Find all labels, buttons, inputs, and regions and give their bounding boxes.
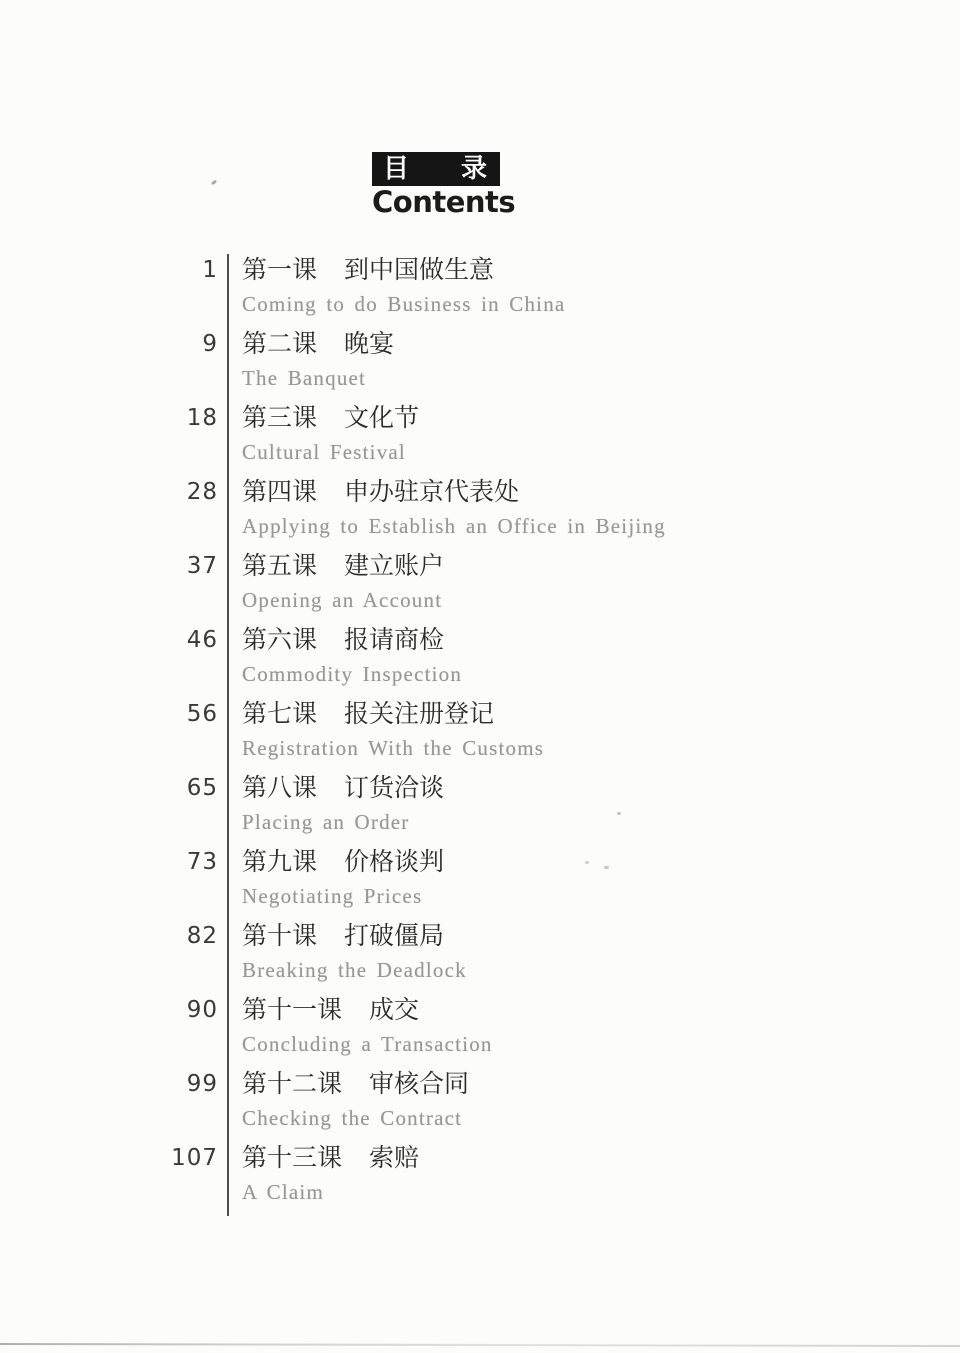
entry-chinese-line: 第六课报请商检 xyxy=(242,624,462,656)
entry-lesson-label: 第六课 xyxy=(242,625,317,654)
entry-subtitle-english: Registration With the Customs xyxy=(242,735,544,761)
entry-page-number: 18 xyxy=(0,402,227,434)
entry-lesson-title: 报请商检 xyxy=(344,625,444,654)
entry-chinese-line: 第四课申办驻京代表处 xyxy=(242,476,666,508)
contents-title-english: Contents xyxy=(372,185,500,219)
scan-speck xyxy=(211,180,218,186)
entry-chinese-line: 第十二课审核合同 xyxy=(242,1068,469,1100)
toc-entry: 107 第十三课索赔 A Claim xyxy=(0,1142,760,1216)
entry-page-number: 90 xyxy=(0,994,227,1026)
title-cn-left: 目 xyxy=(383,156,409,182)
entry-lesson-label: 第七课 xyxy=(242,699,317,728)
toc-entry: 46 第六课报请商检 Commodity Inspection xyxy=(0,624,760,698)
entry-subtitle-english: Breaking the Deadlock xyxy=(242,957,467,983)
page-bottom-scan-edge xyxy=(0,1343,960,1347)
toc-entry: 65 第八课订货洽谈 Placing an Order xyxy=(0,772,760,846)
entry-lesson-title: 成交 xyxy=(369,995,419,1024)
entry-chinese-line: 第七课报关注册登记 xyxy=(242,698,544,730)
entry-chinese-line: 第八课订货洽谈 xyxy=(242,772,444,804)
entry-page-number: 9 xyxy=(0,328,227,360)
entry-page-number: 37 xyxy=(0,550,227,582)
entry-lesson-label: 第十三课 xyxy=(242,1143,342,1172)
entry-subtitle-english: Checking the Contract xyxy=(242,1105,469,1131)
entry-body: 第十三课索赔 A Claim xyxy=(227,1142,419,1216)
entry-chinese-line: 第十一课成交 xyxy=(242,994,493,1026)
entry-body: 第十一课成交 Concluding a Transaction xyxy=(227,994,493,1068)
entry-chinese-line: 第九课价格谈判 xyxy=(242,846,444,878)
toc-entry: 1 第一课到中国做生意 Coming to do Business in Chi… xyxy=(0,254,760,328)
entry-page-number: 1 xyxy=(0,254,227,286)
toc-entry: 99 第十二课审核合同 Checking the Contract xyxy=(0,1068,760,1142)
toc-entry: 90 第十一课成交 Concluding a Transaction xyxy=(0,994,760,1068)
entry-page-number: 73 xyxy=(0,846,227,878)
toc-entry: 28 第四课申办驻京代表处 Applying to Establish an O… xyxy=(0,476,760,550)
entry-body: 第三课文化节 Cultural Festival xyxy=(227,402,419,476)
entry-lesson-label: 第一课 xyxy=(242,255,317,284)
entry-page-number: 28 xyxy=(0,476,227,508)
entry-subtitle-english: Commodity Inspection xyxy=(242,661,462,687)
entry-lesson-title: 价格谈判 xyxy=(344,847,444,876)
entry-body: 第七课报关注册登记 Registration With the Customs xyxy=(227,698,544,772)
contents-title-block: 目 录 Contents xyxy=(372,152,500,219)
entry-lesson-label: 第十一课 xyxy=(242,995,342,1024)
entry-lesson-label: 第十二课 xyxy=(242,1069,342,1098)
entry-body: 第六课报请商检 Commodity Inspection xyxy=(227,624,462,698)
entry-body: 第十二课审核合同 Checking the Contract xyxy=(227,1068,469,1142)
entry-chinese-line: 第三课文化节 xyxy=(242,402,419,434)
scanned-contents-page: 目 录 Contents 1 第一课到中国做生意 Coming to do Bu… xyxy=(0,0,960,1353)
entry-body: 第九课价格谈判 Negotiating Prices xyxy=(227,846,444,920)
entry-lesson-title: 建立账户 xyxy=(344,551,444,580)
entry-subtitle-english: The Banquet xyxy=(242,365,394,391)
entry-lesson-label: 第四课 xyxy=(242,477,317,506)
entry-subtitle-english: Negotiating Prices xyxy=(242,883,444,909)
entry-chinese-line: 第十三课索赔 xyxy=(242,1142,419,1174)
entry-lesson-title: 晚宴 xyxy=(344,329,394,358)
contents-title-bar: 目 录 xyxy=(372,152,500,186)
entry-body: 第十课打破僵局 Breaking the Deadlock xyxy=(227,920,467,994)
entry-subtitle-english: Opening an Account xyxy=(242,587,444,613)
entry-subtitle-english: Placing an Order xyxy=(242,809,444,835)
title-cn-right: 录 xyxy=(461,156,487,182)
entry-page-number: 65 xyxy=(0,772,227,804)
entry-lesson-title: 报关注册登记 xyxy=(344,699,494,728)
toc-list: 1 第一课到中国做生意 Coming to do Business in Chi… xyxy=(0,254,760,1216)
entry-chinese-line: 第二课晚宴 xyxy=(242,328,394,360)
entry-page-number: 99 xyxy=(0,1068,227,1100)
entry-lesson-title: 到中国做生意 xyxy=(344,255,494,284)
entry-lesson-title: 审核合同 xyxy=(369,1069,469,1098)
entry-page-number: 82 xyxy=(0,920,227,952)
entry-lesson-label: 第三课 xyxy=(242,403,317,432)
entry-lesson-label: 第八课 xyxy=(242,773,317,802)
entry-body: 第五课建立账户 Opening an Account xyxy=(227,550,444,624)
entry-body: 第四课申办驻京代表处 Applying to Establish an Offi… xyxy=(227,476,666,550)
entry-lesson-title: 文化节 xyxy=(344,403,419,432)
entry-subtitle-english: Coming to do Business in China xyxy=(242,291,565,317)
entry-lesson-label: 第五课 xyxy=(242,551,317,580)
entry-body: 第二课晚宴 The Banquet xyxy=(227,328,394,402)
entry-lesson-title: 索赔 xyxy=(369,1143,419,1172)
toc-entry: 82 第十课打破僵局 Breaking the Deadlock xyxy=(0,920,760,994)
entry-lesson-title: 申办驻京代表处 xyxy=(344,477,519,506)
entry-lesson-title: 订货洽谈 xyxy=(344,773,444,802)
toc-entry: 18 第三课文化节 Cultural Festival xyxy=(0,402,760,476)
toc-entry: 37 第五课建立账户 Opening an Account xyxy=(0,550,760,624)
entry-page-number: 56 xyxy=(0,698,227,730)
toc-entry: 56 第七课报关注册登记 Registration With the Custo… xyxy=(0,698,760,772)
entry-body: 第八课订货洽谈 Placing an Order xyxy=(227,772,444,846)
entry-page-number: 107 xyxy=(0,1142,227,1174)
entry-body: 第一课到中国做生意 Coming to do Business in China xyxy=(227,254,565,328)
entry-page-number: 46 xyxy=(0,624,227,656)
entry-lesson-label: 第九课 xyxy=(242,847,317,876)
toc-entry: 73 第九课价格谈判 Negotiating Prices xyxy=(0,846,760,920)
entry-lesson-title: 打破僵局 xyxy=(344,921,444,950)
entry-subtitle-english: Applying to Establish an Office in Beiji… xyxy=(242,513,666,539)
toc-entry: 9 第二课晚宴 The Banquet xyxy=(0,328,760,402)
entry-subtitle-english: A Claim xyxy=(242,1179,419,1205)
entry-subtitle-english: Cultural Festival xyxy=(242,439,419,465)
entry-chinese-line: 第十课打破僵局 xyxy=(242,920,467,952)
entry-lesson-label: 第二课 xyxy=(242,329,317,358)
entry-chinese-line: 第五课建立账户 xyxy=(242,550,444,582)
entry-chinese-line: 第一课到中国做生意 xyxy=(242,254,565,286)
entry-subtitle-english: Concluding a Transaction xyxy=(242,1031,493,1057)
entry-lesson-label: 第十课 xyxy=(242,921,317,950)
